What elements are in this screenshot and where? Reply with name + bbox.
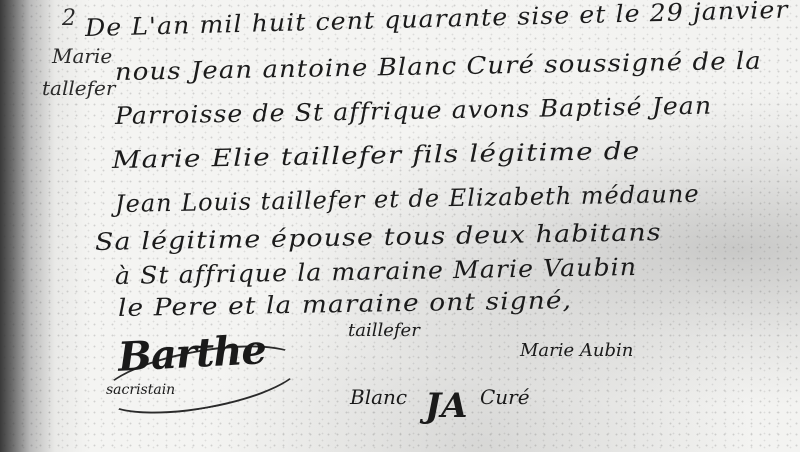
signature-blanc-mark: JA: [425, 386, 467, 426]
signature-blanc: Blanc: [350, 385, 407, 409]
margin-name-line1: Marie: [52, 44, 112, 68]
entry-number: 2: [62, 6, 76, 31]
signature-taillefer: taillefer: [348, 320, 420, 341]
signature-marie-aubin: Marie Aubin: [520, 340, 633, 361]
signature-cure: Curé: [480, 385, 530, 409]
signature-barthe: Barthe: [117, 326, 267, 381]
margin-name-line2: tallefer: [42, 76, 115, 100]
scanned-document-page: 2 Marie tallefer De L'an mil huit cent q…: [0, 0, 800, 452]
signature-barthe-title: sacristain: [106, 382, 175, 398]
